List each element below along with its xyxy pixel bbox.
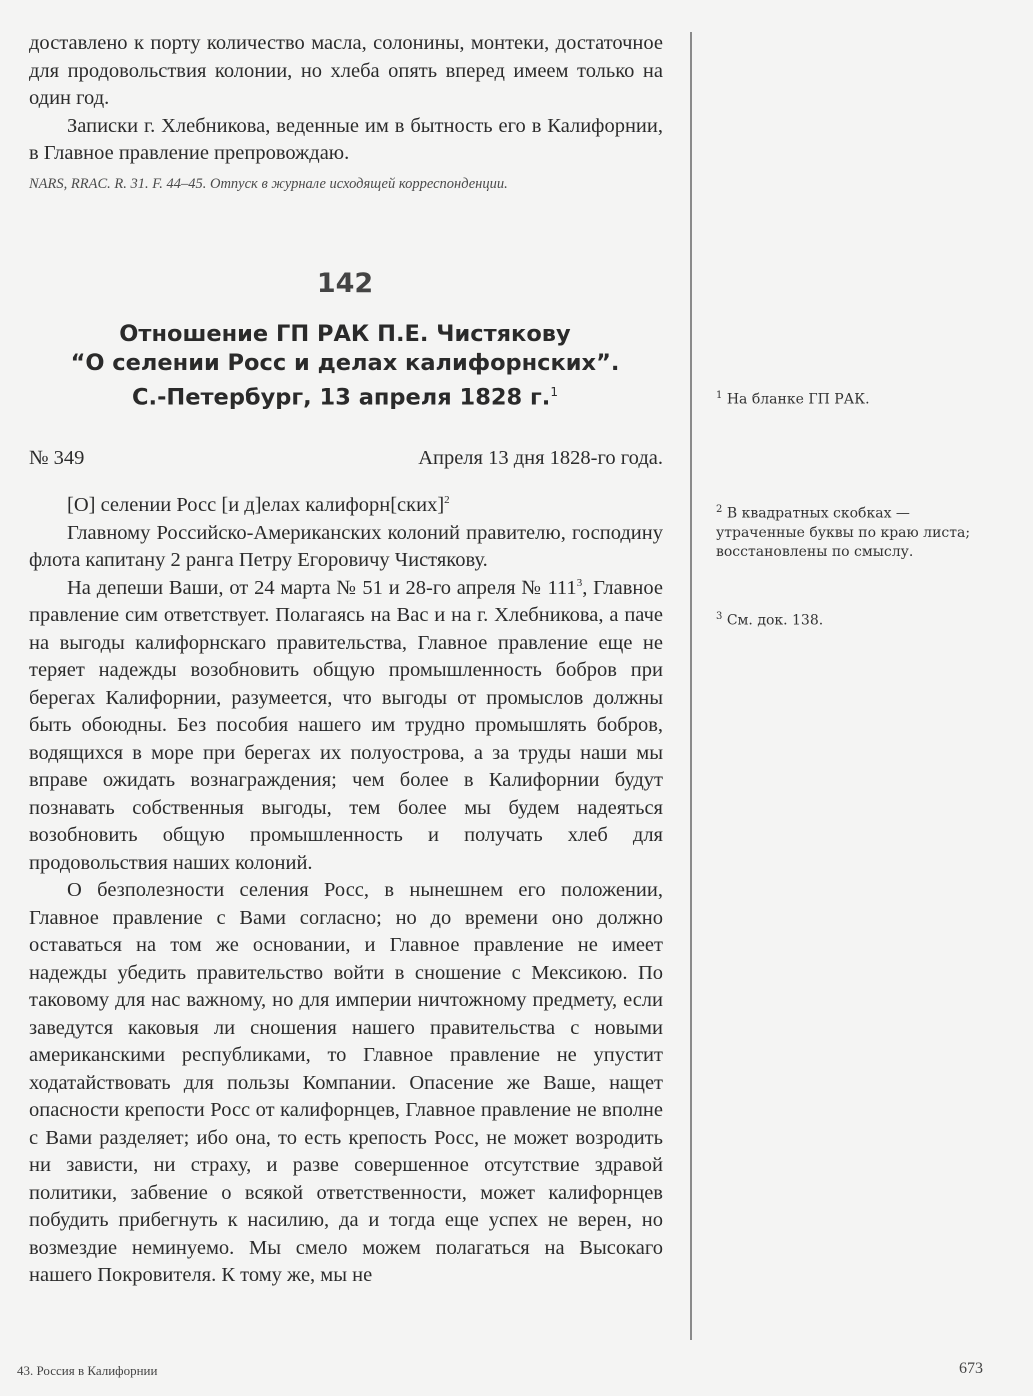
document-number: 142 bbox=[0, 268, 690, 299]
para1-rest: , Главное правление сим ответствует. Пол… bbox=[29, 577, 663, 874]
footnote-1-mark: 1 bbox=[716, 390, 722, 401]
letter-body: [О] селении Росс [и д]елах калифорн[ских… bbox=[29, 492, 663, 1290]
footnote-1: 1 На бланке ГП РАК. bbox=[716, 386, 991, 410]
footnote-1-text: На бланке ГП РАК. bbox=[727, 392, 870, 408]
footnote-mark-1: 1 bbox=[550, 385, 558, 399]
notes-paragraph: Записки г. Хлебникова, веденные им в быт… bbox=[29, 113, 663, 168]
footnote-3-mark: 3 bbox=[716, 611, 722, 622]
footnote-mark-2: 2 bbox=[444, 494, 450, 506]
letter-addressee: Главному Российско-Американских колоний … bbox=[29, 520, 663, 575]
running-title: 43. Россия в Калифорнии bbox=[17, 1363, 157, 1379]
footnote-3: 3 См. док. 138. bbox=[716, 607, 991, 631]
document-meta: № 349 Апреля 13 дня 1828-го года. bbox=[29, 447, 663, 470]
footnote-2: 2 В квадратных скобках — утраченные букв… bbox=[716, 500, 991, 562]
page-number: 673 bbox=[959, 1360, 983, 1378]
archive-reference: NARS, RRAC. R. 31. F. 44–45. Отпуск в жу… bbox=[29, 174, 663, 194]
outgoing-number: № 349 bbox=[29, 447, 84, 470]
footnote-3-text: См. док. 138. bbox=[727, 613, 823, 629]
title-line-1: Отношение ГП РАК П.Е. Чистякову bbox=[0, 320, 690, 349]
document-date: Апреля 13 дня 1828-го года. bbox=[418, 447, 663, 470]
subject-text: [О] селении Росс [и д]елах калифорн[ских… bbox=[67, 494, 444, 516]
column-divider bbox=[690, 32, 692, 1340]
footnote-2-text: В квадратных скобках — утраченные буквы … bbox=[716, 506, 970, 560]
letter-subject: [О] селении Росс [и д]елах калифорн[ских… bbox=[29, 492, 663, 520]
letter-paragraph-1: На депеши Ваши, от 24 марта № 51 и 28-го… bbox=[29, 575, 663, 878]
title-line-3-text: С.-Петербург, 13 апреля 1828 г. bbox=[132, 385, 550, 411]
footnote-2-mark: 2 bbox=[716, 504, 722, 515]
title-line-2: “О селении Росс и делах калифорнских”. bbox=[0, 349, 690, 378]
para1-start: На депеши Ваши, от 24 марта № 51 и 28-го… bbox=[67, 577, 577, 599]
title-line-3: С.-Петербург, 13 апреля 1828 г.1 bbox=[0, 378, 690, 413]
document-title: Отношение ГП РАК П.Е. Чистякову “О селен… bbox=[0, 320, 690, 413]
letter-paragraph-2: О безполезности селения Росс, в нынешнем… bbox=[29, 877, 663, 1290]
top-text: доставлено к порту количество масла, сол… bbox=[29, 30, 663, 208]
continued-paragraph: доставлено к порту количество масла, сол… bbox=[29, 30, 663, 113]
